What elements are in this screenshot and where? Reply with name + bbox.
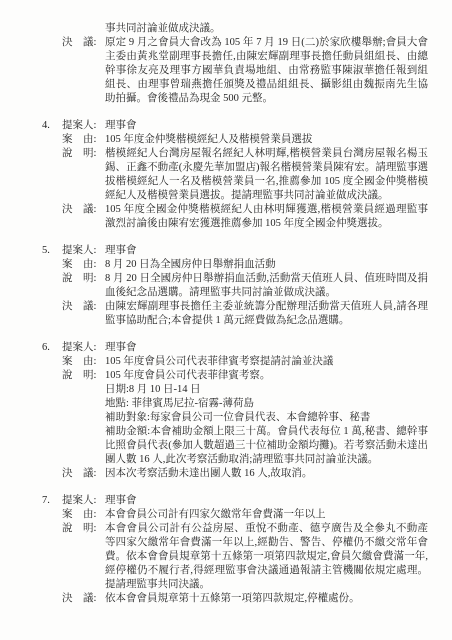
subject-text: 105 年度金仲獎楷模經紀人及楷模營業員選拔: [105, 133, 428, 147]
proposer-text: 理事會: [105, 244, 428, 258]
resolution-label: 決 議:: [62, 592, 105, 606]
explanation-label: 說 明:: [62, 272, 105, 286]
resolution-row: 決 議: 因本次考察活動未達出團人數 16 人,故取消。: [42, 467, 428, 481]
explanation-row: 說 明: 本會會員公司計有公益房屋、重悅不動產、德亨廣告及全參丸不動產等四家欠繳…: [42, 522, 428, 592]
proposer-label: 提案人:: [62, 119, 105, 133]
subject-label: 案 由:: [62, 508, 105, 522]
proposer-row: 4. 提案人: 理事會: [42, 119, 428, 133]
subject-row: 案 由: 8 月 20 日為全國房仲日舉辦捐血活動: [42, 258, 428, 272]
subject-label: 案 由:: [62, 258, 105, 272]
resolution-text: 原定 9 月之會員大會改為 105 年 7 月 19 日(二)於家欣樓舉辦;會員…: [105, 36, 428, 106]
carryover-tail-line: 事共同討論並做成決議。: [42, 22, 428, 36]
carryover-resolution: 決 議: 原定 9 月之會員大會改為 105 年 7 月 19 日(二)於家欣樓…: [42, 36, 428, 106]
explanation-label: 說 明:: [62, 147, 105, 161]
explanation-row: 說 明: 楷模經紀人台灣房屋報名經紀人林明輝,楷模營業員台灣房屋報名楊玉錫、正鑫…: [42, 147, 428, 203]
resolution-row: 決 議: 由陳宏輝副理事長擔任主委並統籌分配辦理活動當天值班人員,請各理監事協助…: [42, 300, 428, 328]
proposer-row: 7. 提案人: 理事會: [42, 494, 428, 508]
resolution-row: 決 議: 依本會會員規章第十五條第一項第四款規定,停權處份。: [42, 592, 428, 606]
subject-text: 105 年度會員公司代表菲律賓考察提請討論並決議: [105, 355, 428, 369]
proposer-text: 理事會: [105, 119, 428, 133]
subject-text: 8 月 20 日為全國房仲日舉辦捐血活動: [105, 258, 428, 272]
proposer-label: 提案人:: [62, 244, 105, 258]
subject-label: 案 由:: [62, 355, 105, 369]
explanation-text: 楷模經紀人台灣房屋報名經紀人林明輝,楷模營業員台灣房屋報名楊玉錫、正鑫不動產(永…: [105, 147, 428, 203]
agenda-item-6: 6. 提案人: 理事會 案 由: 105 年度會員公司代表菲律賓考察提請討論並決…: [42, 341, 428, 481]
explanation-text: 105 年度會員公司代表菲律賓考察。 日期:8 月 10 日-14 日 地點: …: [105, 369, 428, 467]
explanation-row: 說 明: 105 年度會員公司代表菲律賓考察。 日期:8 月 10 日-14 日…: [42, 369, 428, 467]
resolution-row: 決 議: 105 年度全國金仲獎楷模經紀人由林明輝獲選,楷模營業員經過理監事激烈…: [42, 203, 428, 231]
item-number: 4.: [42, 119, 62, 133]
item-number: 6.: [42, 341, 62, 355]
resolution-label: 決 議:: [62, 467, 105, 481]
agenda-item-5: 5. 提案人: 理事會 案 由: 8 月 20 日為全國房仲日舉辦捐血活動 說 …: [42, 244, 428, 328]
item-number: 5.: [42, 244, 62, 258]
explanation-text: 8 月 20 日全國房仲日舉辦捐血活動,活動當天值班人員、值班時間及捐血後紀念品…: [105, 272, 428, 300]
proposer-row: 6. 提案人: 理事會: [42, 341, 428, 355]
carryover-text: 事共同討論並做成決議。: [105, 22, 428, 36]
explanation-label: 說 明:: [62, 369, 105, 383]
carryover-section: 事共同討論並做成決議。 決 議: 原定 9 月之會員大會改為 105 年 7 月…: [42, 22, 428, 106]
resolution-text: 因本次考察活動未達出團人數 16 人,故取消。: [105, 467, 428, 481]
resolution-label: 決 議:: [62, 300, 105, 314]
meeting-minutes-page: 事共同討論並做成決議。 決 議: 原定 9 月之會員大會改為 105 年 7 月…: [0, 0, 452, 640]
resolution-label: 決 議:: [62, 36, 105, 50]
resolution-text: 依本會會員規章第十五條第一項第四款規定,停權處份。: [105, 592, 428, 606]
explanation-row: 說 明: 8 月 20 日全國房仲日舉辦捐血活動,活動當天值班人員、值班時間及捐…: [42, 272, 428, 300]
subject-row: 案 由: 105 年度會員公司代表菲律賓考察提請討論並決議: [42, 355, 428, 369]
subject-label: 案 由:: [62, 133, 105, 147]
explanation-text: 本會會員公司計有公益房屋、重悅不動產、德亨廣告及全參丸不動產等四家欠繳常年會費滿…: [105, 522, 428, 592]
agenda-item-4: 4. 提案人: 理事會 案 由: 105 年度金仲獎楷模經紀人及楷模營業員選拔 …: [42, 119, 428, 231]
subject-row: 案 由: 本會會員公司計有四家欠繳常年會費滿一年以上: [42, 508, 428, 522]
subject-text: 本會會員公司計有四家欠繳常年會費滿一年以上: [105, 508, 428, 522]
proposer-label: 提案人:: [62, 341, 105, 355]
proposer-row: 5. 提案人: 理事會: [42, 244, 428, 258]
proposer-text: 理事會: [105, 341, 428, 355]
agenda-item-7: 7. 提案人: 理事會 案 由: 本會會員公司計有四家欠繳常年會費滿一年以上 說…: [42, 494, 428, 606]
item-number: 7.: [42, 494, 62, 508]
proposer-text: 理事會: [105, 494, 428, 508]
proposer-label: 提案人:: [62, 494, 105, 508]
resolution-label: 決 議:: [62, 203, 105, 217]
resolution-text: 由陳宏輝副理事長擔任主委並統籌分配辦理活動當天值班人員,請各理監事協助配合;本會…: [105, 300, 428, 328]
explanation-label: 說 明:: [62, 522, 105, 536]
subject-row: 案 由: 105 年度金仲獎楷模經紀人及楷模營業員選拔: [42, 133, 428, 147]
resolution-text: 105 年度全國金仲獎楷模經紀人由林明輝獲選,楷模營業員經過理監事激烈討論後由陳…: [105, 203, 428, 231]
